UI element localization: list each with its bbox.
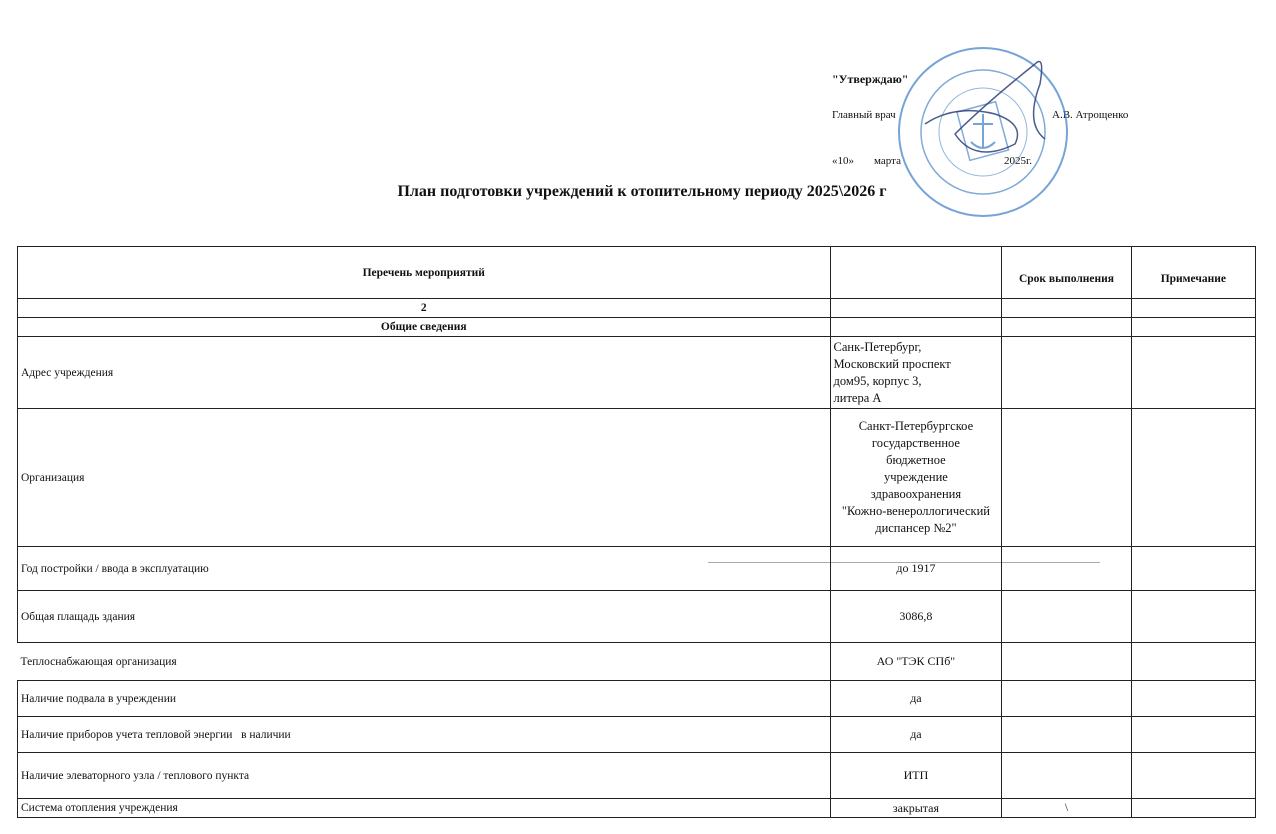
row-label: Теплоснабжающая организация xyxy=(18,643,831,681)
table-header-row: Перечень мероприятий Срок выполнения При… xyxy=(18,247,1256,299)
note-cell xyxy=(1131,409,1255,547)
row-label: Организация xyxy=(18,409,831,547)
table-row: Система отопления учреждения закрытая \ xyxy=(18,799,1256,818)
header-activities: Перечень мероприятий xyxy=(18,247,831,299)
org-line: учреждение xyxy=(834,469,999,486)
row-label: Система отопления учреждения xyxy=(18,799,831,818)
table-row: Адрес учреждения Санк-Петербург, Московс… xyxy=(18,337,1256,409)
empty-cell xyxy=(830,318,1002,337)
deadline-cell xyxy=(1002,547,1131,591)
row-label: Общая плащадь здания xyxy=(18,591,831,643)
section-row: Общие сведения xyxy=(18,318,1256,337)
row-label: Адрес учреждения xyxy=(18,337,831,409)
org-line: бюджетное xyxy=(834,452,999,469)
empty-cell xyxy=(1131,318,1255,337)
header-value xyxy=(830,247,1002,299)
empty-cell xyxy=(830,299,1002,318)
deadline-cell xyxy=(1002,717,1131,753)
deadline-cell xyxy=(1002,643,1131,681)
organization-value: Санкт-Петербургское государственное бюдж… xyxy=(830,409,1002,547)
section-title: Общие сведения xyxy=(18,318,831,337)
row-label: Наличие подвала в учреждении xyxy=(18,681,831,717)
address-line: дом95, корпус 3, xyxy=(834,373,999,390)
row-value: да xyxy=(830,717,1002,753)
org-line: здравоохранения xyxy=(834,486,999,503)
row-value: да xyxy=(830,681,1002,717)
note-cell xyxy=(1131,643,1255,681)
heating-plan-table: Перечень мероприятий Срок выполнения При… xyxy=(17,246,1256,818)
table-row: Наличие подвала в учреждении да xyxy=(18,681,1256,717)
note-cell xyxy=(1131,717,1255,753)
table-row: Наличие приборов учета тепловой энергии … xyxy=(18,717,1256,753)
column-number-row: 2 xyxy=(18,299,1256,318)
row-label: Наличие приборов учета тепловой энергии … xyxy=(18,717,831,753)
row-value: закрытая xyxy=(830,799,1002,818)
column-number: 2 xyxy=(18,299,831,318)
row-label: Наличие элеваторного узла / теплового пу… xyxy=(18,753,831,799)
address-line: Санк-Петербург, xyxy=(834,339,999,356)
table-row: Общая плащадь здания 3086,8 xyxy=(18,591,1256,643)
org-line: Санкт-Петербургское xyxy=(834,418,999,435)
empty-cell xyxy=(1002,318,1131,337)
row-value: до 1917 xyxy=(830,547,1002,591)
deadline-cell: \ xyxy=(1002,799,1131,818)
org-line: государственное xyxy=(834,435,999,452)
note-cell xyxy=(1131,547,1255,591)
table-row: Год постройки / ввода в эксплуатацию до … xyxy=(18,547,1256,591)
deadline-cell xyxy=(1002,337,1131,409)
header-deadline: Срок выполнения xyxy=(1002,247,1131,299)
note-cell xyxy=(1131,591,1255,643)
note-cell xyxy=(1131,681,1255,717)
document-title: План подготовки учреждений к отопительно… xyxy=(0,183,1276,201)
row-value: 3086,8 xyxy=(830,591,1002,643)
note-cell xyxy=(1131,799,1255,818)
empty-cell xyxy=(1002,299,1131,318)
address-value: Санк-Петербург, Московский проспект дом9… xyxy=(830,337,1002,409)
signatory-position: Главный врач xyxy=(832,109,896,121)
row-value: ИТП xyxy=(830,753,1002,799)
address-line: литера А xyxy=(834,390,999,407)
deadline-cell xyxy=(1002,409,1131,547)
note-cell xyxy=(1131,753,1255,799)
header-note: Примечание xyxy=(1131,247,1255,299)
row-label: Год постройки / ввода в эксплуатацию xyxy=(18,547,831,591)
table-row: Наличие элеваторного узла / теплового пу… xyxy=(18,753,1256,799)
org-line: диспансер №2" xyxy=(834,520,999,537)
note-cell xyxy=(1131,337,1255,409)
approval-day: «10» xyxy=(832,155,854,167)
deadline-cell xyxy=(1002,681,1131,717)
org-line: "Кожно-венероллогический xyxy=(834,503,999,520)
deadline-cell xyxy=(1002,753,1131,799)
table-row: Теплоснабжающая организация АО "ТЭК СПб" xyxy=(18,643,1256,681)
address-line: Московский проспект xyxy=(834,356,999,373)
empty-cell xyxy=(1131,299,1255,318)
deadline-cell xyxy=(1002,591,1131,643)
row-value: АО "ТЭК СПб" xyxy=(830,643,1002,681)
table-row: Организация Санкт-Петербургское государс… xyxy=(18,409,1256,547)
